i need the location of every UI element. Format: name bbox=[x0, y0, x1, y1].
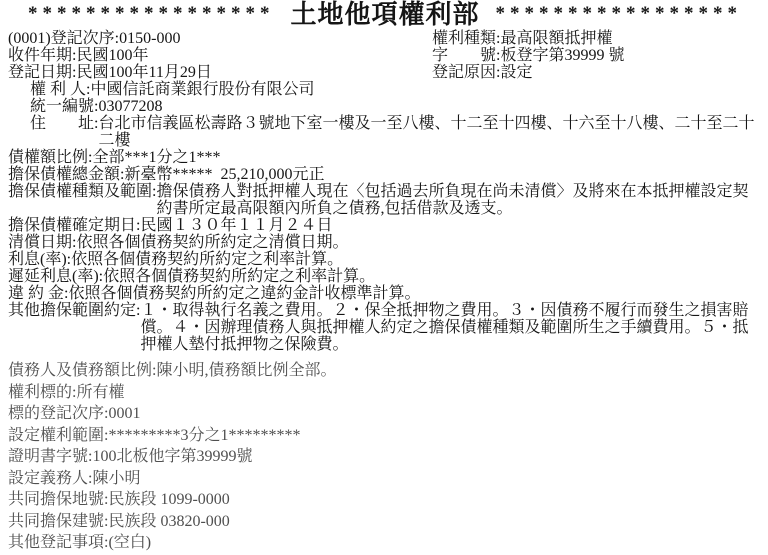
field-value: 0001 bbox=[108, 403, 762, 425]
field-value: 民國100年11月29日 bbox=[76, 64, 432, 81]
field-value: 設定 bbox=[500, 64, 762, 81]
field-value: 依照各個債務契約所約定之利率計算。 bbox=[71, 251, 762, 268]
line-right-type: 權利種類: 最高限額抵押權 bbox=[432, 30, 762, 47]
registration-footer: 債務人及債務額比例: 陳小明,債務額比例全部。 權利標的: 所有權 標的登記次序… bbox=[8, 360, 762, 554]
line-reg-date: 登記日期: 民國100年11月29日 bbox=[8, 64, 432, 81]
line-debtor-ratio: 債務人及債務額比例: 陳小明,債務額比例全部。 bbox=[8, 360, 762, 382]
line-other-registration: 其他登記事項: (空白) bbox=[8, 532, 762, 554]
field-value: 依照各個債務契約所約定之違約金計收標準計算。 bbox=[68, 285, 762, 302]
field-value: 民族段 1099-0000 bbox=[108, 489, 762, 511]
field-label: 統一編號: bbox=[30, 98, 98, 115]
field-value: 最高限額抵押權 bbox=[500, 30, 762, 47]
line-right-target: 權利標的: 所有權 bbox=[8, 382, 762, 404]
line-repayment-date: 清償日期: 依照各個債務契約所約定之清償日期。 bbox=[8, 234, 762, 251]
line-uniform-id: 統一編號: 03077208 bbox=[8, 98, 762, 115]
field-value: 板登字第39999 號 bbox=[500, 47, 762, 64]
field-value: 03077208 bbox=[98, 98, 762, 115]
summary-left-column: (0001)登記次序: 0150-000 收件年期: 民國100年 登記日期: … bbox=[8, 30, 432, 81]
field-value: 擔保債務人對抵押權人現在〈包括過去所負現在尚未清償〉及將來在本抵押權設定契約書所… bbox=[156, 183, 762, 217]
field-value: 陳小明,債務額比例全部。 bbox=[156, 360, 762, 382]
line-other-guarantee-scope: 其他擔保範圍約定: １・取得執行名義之費用。２・保全抵押物之費用。３・因債務不履… bbox=[8, 302, 762, 353]
field-label: 證明書字號: bbox=[8, 446, 92, 468]
line-secured-amount: 擔保債權總金額: 新臺幣***** 25,210,000元正 bbox=[8, 166, 762, 183]
line-joint-building-no: 共同擔保建號: 民族段 03820-000 bbox=[8, 511, 762, 533]
field-label: 設定義務人: bbox=[8, 468, 92, 490]
line-receipt-year: 收件年期: 民國100年 bbox=[8, 47, 432, 64]
line-target-reg-sequence: 標的登記次序: 0001 bbox=[8, 403, 762, 425]
field-value: 所有權 bbox=[76, 382, 762, 404]
line-reg-reason: 登記原因: 設定 bbox=[432, 64, 762, 81]
field-value: 全部***1分之1*** bbox=[92, 149, 762, 166]
field-label: 擔保債權確定期日: bbox=[8, 217, 140, 234]
field-value: 陳小明 bbox=[92, 468, 762, 490]
field-label: 共同擔保建號: bbox=[8, 511, 108, 533]
document-header: ***************** 土地他項權利部 **************… bbox=[8, 2, 762, 30]
field-label: 債權額比例: bbox=[8, 149, 92, 166]
registration-body: 權 利 人: 中國信託商業銀行股份有限公司 統一編號: 03077208 住 址… bbox=[8, 81, 762, 353]
registration-summary: (0001)登記次序: 0150-000 收件年期: 民國100年 登記日期: … bbox=[8, 30, 762, 81]
field-label: 字 號: bbox=[432, 47, 500, 64]
summary-right-column: 權利種類: 最高限額抵押權 字 號: 板登字第39999 號 登記原因: 設定 bbox=[432, 30, 762, 81]
field-label: (0001)登記次序: bbox=[8, 30, 119, 47]
field-label: 其他擔保範圍約定: bbox=[8, 302, 140, 353]
field-value: 100北板他字第39999號 bbox=[92, 446, 762, 468]
field-label: 違 約 金: bbox=[8, 285, 68, 302]
field-value: 民族段 03820-000 bbox=[108, 511, 762, 533]
line-secured-scope: 擔保債權種類及範圍: 擔保債務人對抵押權人現在〈包括過去所負現在尚未清償〉及將來… bbox=[8, 183, 762, 217]
line-address: 住 址: 台北市信義區松壽路３號地下室一樓及一至八樓、十二至十四樓、十六至十八樓… bbox=[8, 115, 762, 149]
field-label: 設定權利範圍: bbox=[8, 425, 108, 447]
line-certificate-no: 證明書字號: 100北板他字第39999號 bbox=[8, 446, 762, 468]
field-label: 清償日期: bbox=[8, 234, 76, 251]
line-reg-sequence: (0001)登記次序: 0150-000 bbox=[8, 30, 432, 47]
field-value: 中國信託商業銀行股份有限公司 bbox=[90, 81, 762, 98]
field-value: 0150-000 bbox=[119, 30, 432, 47]
field-label: 標的登記次序: bbox=[8, 403, 108, 425]
field-value: 民國１３０年１１月２４日 bbox=[140, 217, 762, 234]
field-label: 權利種類: bbox=[432, 30, 500, 47]
field-label: 債務人及債務額比例: bbox=[8, 360, 156, 382]
line-obligor: 設定義務人: 陳小明 bbox=[8, 468, 762, 490]
field-value: １・取得執行名義之費用。２・保全抵押物之費用。３・因債務不履行而發生之損害賠償。… bbox=[140, 302, 762, 353]
field-value: 新臺幣***** 25,210,000元正 bbox=[124, 166, 762, 183]
field-label: 權 利 人: bbox=[30, 81, 90, 98]
line-doc-number: 字 號: 板登字第39999 號 bbox=[432, 47, 762, 64]
asterisk-divider-right: ***************** bbox=[496, 2, 743, 26]
line-joint-land-no: 共同擔保地號: 民族段 1099-0000 bbox=[8, 489, 762, 511]
field-value: 民國100年 bbox=[76, 47, 432, 64]
field-value: 依照各個債務契約所約定之利率計算。 bbox=[103, 268, 762, 285]
field-label: 遲延利息(率): bbox=[8, 268, 103, 285]
line-right-holder: 權 利 人: 中國信託商業銀行股份有限公司 bbox=[8, 81, 762, 98]
field-label: 收件年期: bbox=[8, 47, 76, 64]
field-label: 登記原因: bbox=[432, 64, 500, 81]
field-label: 利息(率): bbox=[8, 251, 71, 268]
line-claim-ratio: 債權額比例: 全部***1分之1*** bbox=[8, 149, 762, 166]
field-value: *********3分之1********* bbox=[108, 425, 762, 447]
line-confirm-date: 擔保債權確定期日: 民國１３０年１１月２４日 bbox=[8, 217, 762, 234]
field-label: 住 址: bbox=[30, 115, 98, 149]
line-delay-interest: 遲延利息(率): 依照各個債務契約所約定之利率計算。 bbox=[8, 268, 762, 285]
field-value: (空白) bbox=[108, 532, 762, 554]
field-label: 擔保債權種類及範圍: bbox=[8, 183, 156, 217]
asterisk-divider-left: ***************** bbox=[28, 2, 275, 26]
field-label: 登記日期: bbox=[8, 64, 76, 81]
land-rights-document: ***************** 土地他項權利部 **************… bbox=[0, 0, 768, 555]
page-title: 土地他項權利部 bbox=[290, 2, 479, 28]
field-value: 台北市信義區松壽路３號地下室一樓及一至八樓、十二至十四樓、十六至十八樓、二十至二… bbox=[98, 115, 762, 149]
line-interest-rate: 利息(率): 依照各個債務契約所約定之利率計算。 bbox=[8, 251, 762, 268]
field-label: 共同擔保地號: bbox=[8, 489, 108, 511]
line-right-scope: 設定權利範圍: *********3分之1********* bbox=[8, 425, 762, 447]
field-value: 依照各個債務契約所約定之清償日期。 bbox=[76, 234, 762, 251]
field-label: 擔保債權總金額: bbox=[8, 166, 124, 183]
line-penalty: 違 約 金: 依照各個債務契約所約定之違約金計收標準計算。 bbox=[8, 285, 762, 302]
field-label: 權利標的: bbox=[8, 382, 76, 404]
field-label: 其他登記事項: bbox=[8, 532, 108, 554]
